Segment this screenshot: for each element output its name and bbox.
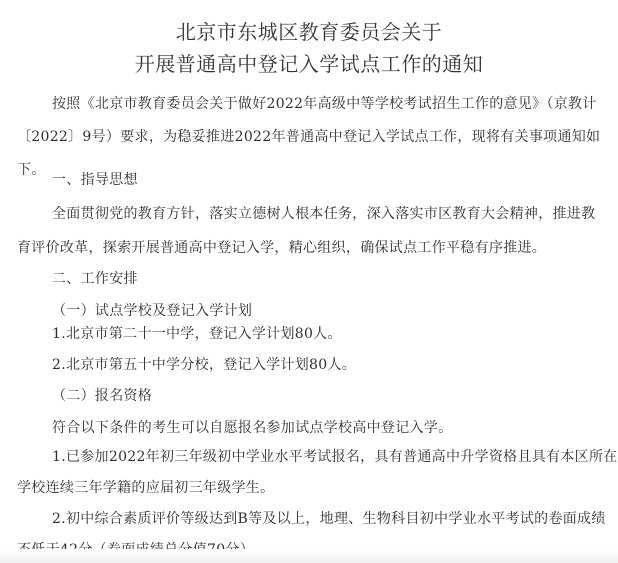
school-item-2: 2.北京市第五十中学分校，登记入学计划80人。 (52, 354, 356, 374)
section1-paragraph-line2: 育评价改革，探索开展普通高中登记入学，精心组织，确保试点工作平稳有序推进。 (17, 237, 546, 257)
intro-paragraph-line1: 按照《北京市教育委员会关于做好2022年高级中等学校考试招生工作的意见》（京教计 (52, 93, 597, 113)
intro-paragraph-line2: 〔2022〕9号）要求，为稳妥推进2022年普通高中登记入学试点工作，现将有关事… (17, 126, 600, 146)
eligibility-item1-line2: 学校连续三年学籍的应届初三年级学生。 (17, 477, 274, 497)
school-item-1: 1.北京市第二十一中学，登记入学计划80人。 (52, 323, 342, 343)
bottom-shade (0, 549, 618, 563)
eligibility-intro: 符合以下条件的考生可以自愿报名参加试点学校高中登记入学。 (52, 417, 452, 437)
section1-paragraph-line1: 全面贯彻党的教育方针，落实立德树人根本任务，深入落实市区教育大会精神，推进教 (52, 203, 595, 223)
document-title-line1: 北京市东城区教育委员会关于 (0, 16, 618, 45)
eligibility-item1-line1: 1.已参加2022年初三年级初中学业水平考试报名，具有普通高中升学资格且具有本区… (52, 446, 618, 466)
section2-heading: 二、工作安排 (52, 268, 138, 288)
document-title-line2: 开展普通高中登记入学试点工作的通知 (0, 48, 618, 77)
subsection1-heading: （一）试点学校及登记入学计划 (52, 300, 252, 320)
subsection2-heading: （二）报名资格 (52, 385, 152, 405)
eligibility-item2-line1: 2.初中综合素质评价等级达到B等及以上，地理、生物科目初中学业水平考试的卷面成绩 (52, 508, 606, 528)
section1-heading: 一、指导思想 (52, 169, 138, 189)
intro-paragraph-line3: 下。 (17, 159, 46, 179)
